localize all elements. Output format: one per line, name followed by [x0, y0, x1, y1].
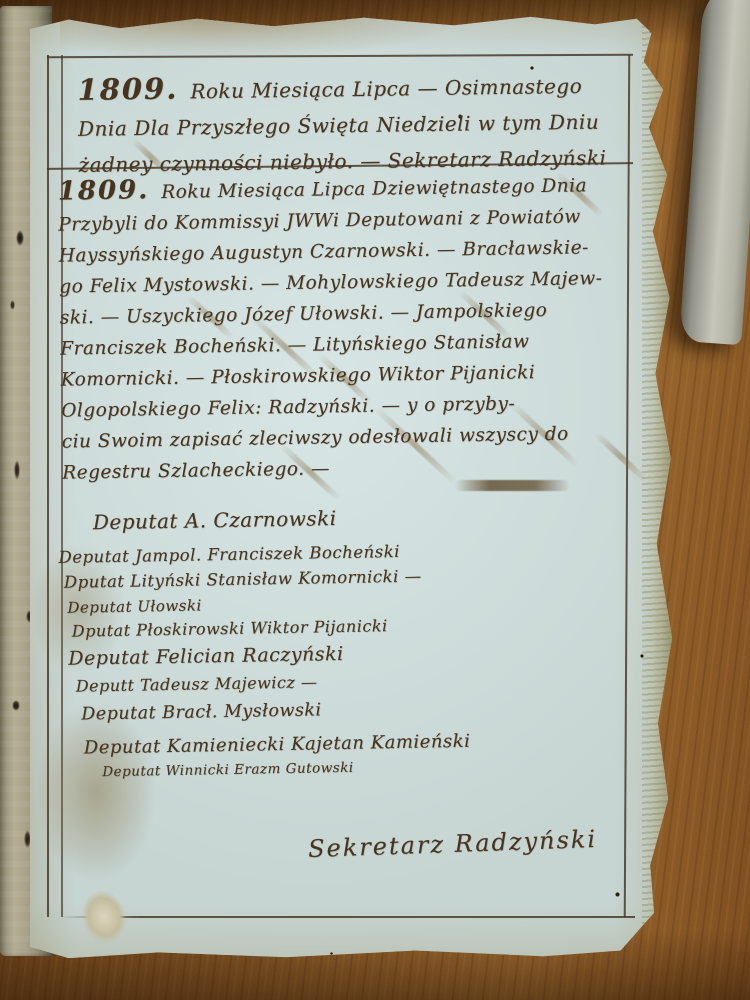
secretary-signature: Sekretarz Radzyński — [308, 825, 598, 863]
frame-line-bottom — [60, 916, 635, 918]
frame-line-left-outer — [47, 55, 49, 917]
journal-entry-july-19: 1809.Roku Miesiąca Lipca Dziewiętnastego… — [58, 167, 648, 488]
entry-line-text: Roku Miesiąca Lipca — Osimnastego — [190, 74, 582, 103]
manuscript-page: 7 1809.Roku Miesiąca Lipca — Osimnastego… — [30, 14, 672, 960]
entry-year: 1809. — [77, 72, 178, 107]
entry-line-text: Roku Miesiąca Lipca Dziewiętnastego Dnia — [161, 175, 587, 203]
deputy-signature: Deputat Bracł. Mysłowski — [81, 693, 621, 728]
deputy-signature-list: Deputat A. Czarnowski Deputat Jampol. Fr… — [58, 499, 623, 783]
entry-year: 1809. — [58, 175, 150, 206]
torn-paper-flap — [76, 885, 132, 948]
journal-entry-july-18: 1809.Roku Miesiąca Lipca — Osimnastego D… — [77, 64, 638, 183]
frame-line-top — [47, 54, 633, 59]
deputy-signature: Deputat A. Czarnowski — [93, 499, 618, 537]
photo-of-manuscript: 7 1809.Roku Miesiąca Lipca — Osimnastego… — [0, 0, 750, 1000]
